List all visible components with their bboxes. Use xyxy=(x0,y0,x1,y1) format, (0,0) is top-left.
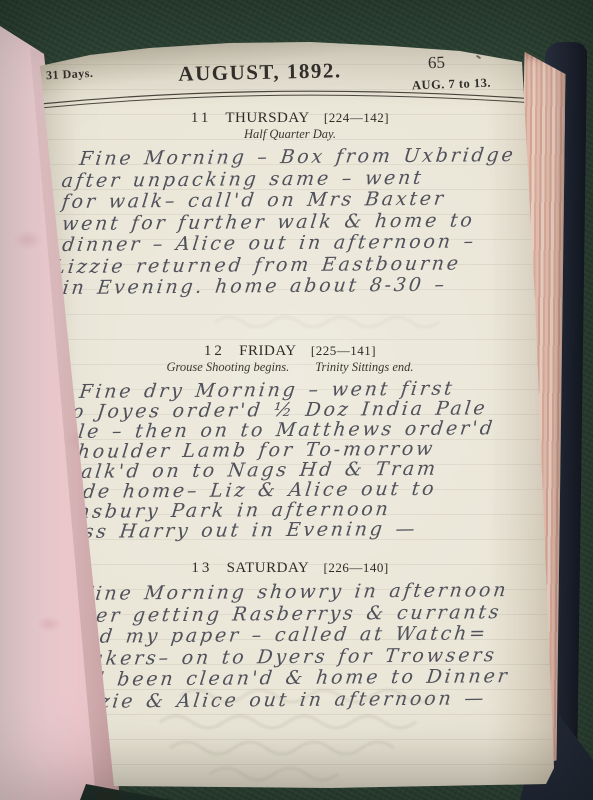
calendar-note: Grouse Shooting begins.Trinity Sittings … xyxy=(50,360,530,375)
entry-header: 12 FRIDAY [225—141] xyxy=(50,343,530,360)
calendar-note-right: Trinity Sittings end. xyxy=(315,360,413,374)
diary-entry-aug-11: 11 THURSDAY [224—142] Half Quarter Day. … xyxy=(50,110,530,298)
day-of-year-bracket: [224—142] xyxy=(324,110,389,125)
diary-entry-aug-13: 13 SATURDAY [226—140] Fine Morning showr… xyxy=(50,560,530,711)
day-name: SATURDAY xyxy=(227,560,310,576)
double-rule-divider xyxy=(35,84,540,112)
handwritten-entry: Fine dry Morning – went first to Joyes o… xyxy=(49,378,530,542)
diary-page: 31 Days. AUGUST, 1892. 65 AUG. 7 to 13. … xyxy=(30,40,560,790)
handwriting-line: Lizzie & Alice out in afternoon — xyxy=(61,687,531,713)
day-of-year-bracket: [226—140] xyxy=(323,560,388,575)
entry-header: 11 THURSDAY [224—142] xyxy=(50,110,530,127)
handwritten-entry: Fine Morning – Box from Uxbridge after u… xyxy=(49,145,530,300)
handwriting-line: in Evening. home about 8-30 – xyxy=(61,274,531,300)
handwriting-line: Miss Harry out in Evening — xyxy=(51,518,531,542)
show-through-ghost-writing xyxy=(210,308,470,334)
day-name: THURSDAY xyxy=(225,110,309,126)
day-of-year-bracket: [225—141] xyxy=(311,343,376,358)
day-number: 13 xyxy=(191,560,212,576)
day-number: 11 xyxy=(191,110,211,126)
handwritten-entry: Fine Morning showry in afternoon after g… xyxy=(49,580,530,713)
calendar-note: Half Quarter Day. xyxy=(50,127,530,142)
day-name: FRIDAY xyxy=(239,343,296,359)
day-number: 12 xyxy=(204,343,225,359)
page-number: 65 xyxy=(428,53,446,74)
entry-header: 13 SATURDAY [226—140] xyxy=(50,560,530,577)
photo-of-open-diary: 31 Days. AUGUST, 1892. 65 AUG. 7 to 13. … xyxy=(0,0,593,800)
diary-entry-aug-12: 12 FRIDAY [225—141] Grouse Shooting begi… xyxy=(50,343,530,540)
pencil-tick-mark xyxy=(476,55,481,59)
calendar-note-left: Grouse Shooting begins. xyxy=(166,360,289,374)
